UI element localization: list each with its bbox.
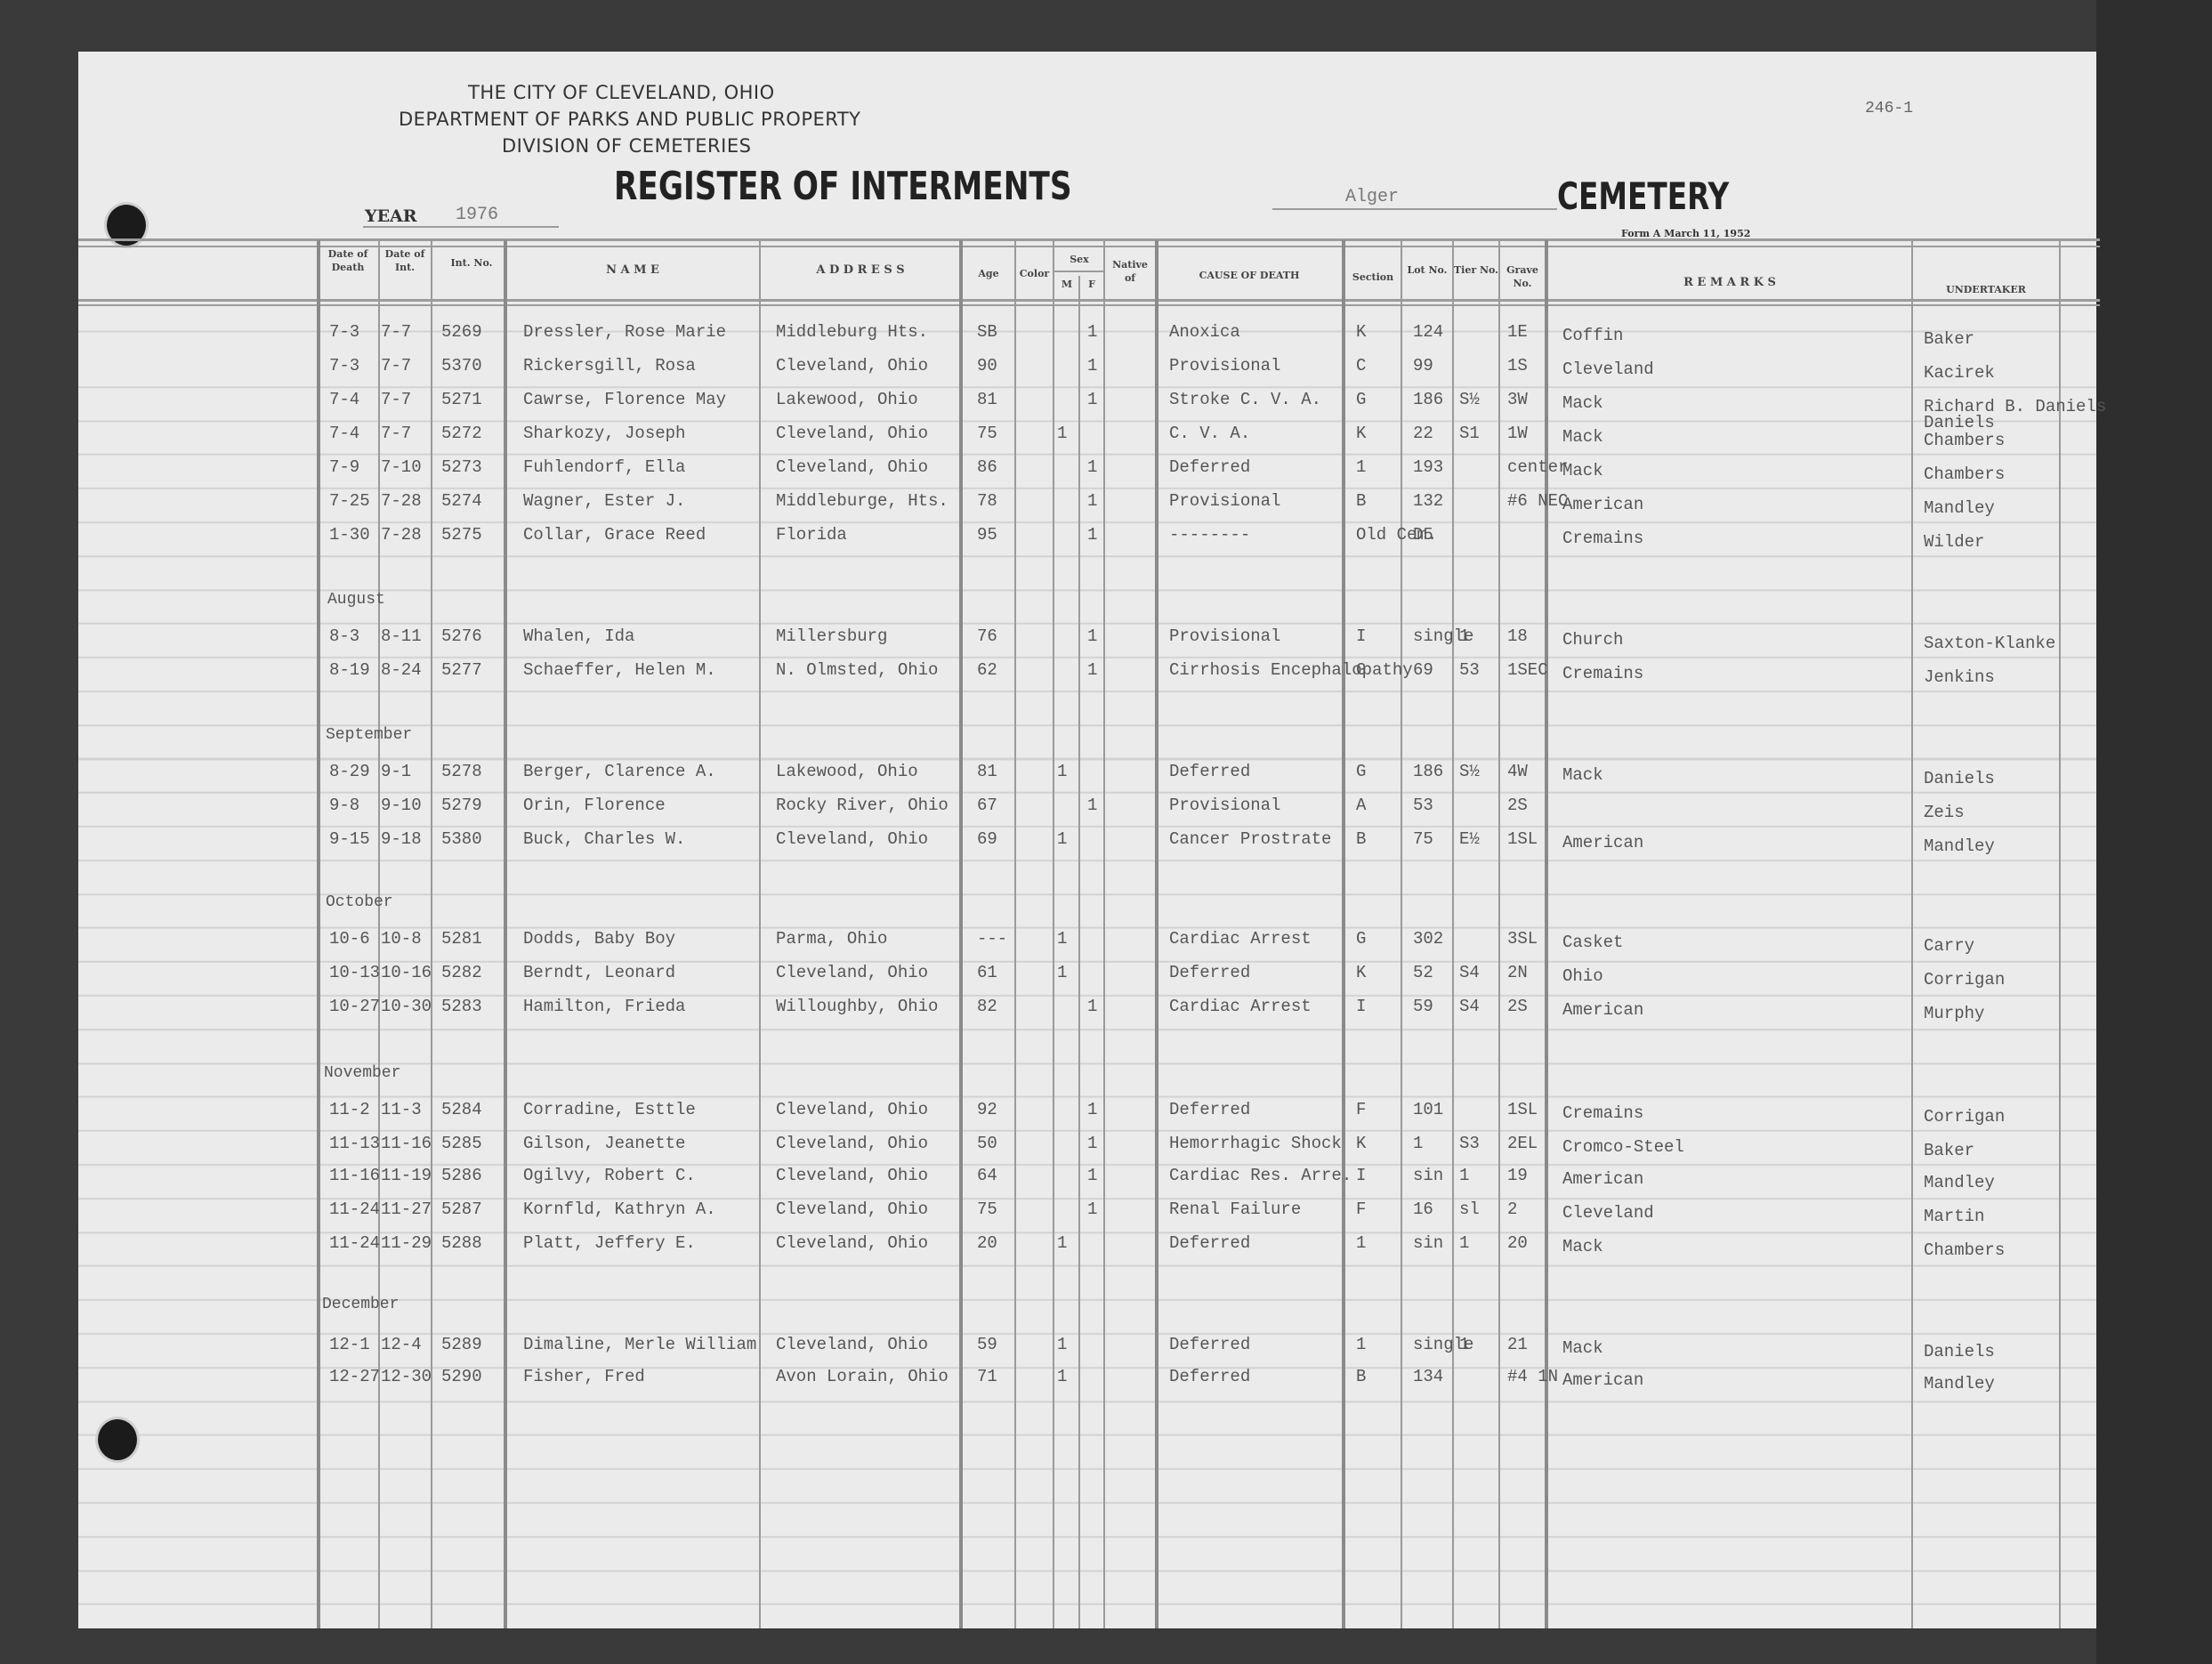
tier-number: 1 bbox=[1459, 626, 1469, 646]
date-of-interment: 11-3 bbox=[381, 1100, 422, 1119]
section: F bbox=[1356, 1100, 1366, 1119]
remarks: Mack bbox=[1562, 1338, 1603, 1358]
grave-number: 18 bbox=[1507, 626, 1528, 646]
decedent-name: Collar, Grace Reed bbox=[523, 525, 706, 545]
section: B bbox=[1356, 1367, 1366, 1386]
sex-male: 1 bbox=[1057, 829, 1067, 849]
interment-number: 5289 bbox=[441, 1335, 482, 1354]
date-of-death: 11-24 bbox=[329, 1200, 380, 1219]
address: Cleveland, Ohio bbox=[776, 356, 928, 376]
remarks: Cromco-Steel bbox=[1562, 1137, 1684, 1157]
section: K bbox=[1356, 322, 1366, 342]
interment-number: 5273 bbox=[441, 457, 482, 477]
tier-number: 53 bbox=[1459, 660, 1480, 680]
lot-number: 69 bbox=[1413, 660, 1433, 680]
grave-number: 2S bbox=[1507, 796, 1528, 815]
column-divider bbox=[759, 240, 761, 1628]
grave-number: #4 1N bbox=[1507, 1367, 1558, 1386]
age: 69 bbox=[977, 829, 997, 849]
tier-number: sl bbox=[1459, 1200, 1480, 1219]
cemetery-label: CEMETERY bbox=[1557, 174, 1729, 218]
decedent-name: Gilson, Jeanette bbox=[523, 1134, 685, 1153]
address: Cleveland, Ohio bbox=[776, 457, 928, 477]
lot-number: 99 bbox=[1413, 356, 1433, 376]
grave-number: 2N bbox=[1507, 963, 1528, 982]
address: Cleveland, Ohio bbox=[776, 1100, 928, 1119]
undertaker: Murphy bbox=[1924, 1004, 1984, 1023]
grave-number: 1SL bbox=[1507, 829, 1538, 849]
age: 78 bbox=[977, 491, 997, 511]
tier-number: S½ bbox=[1459, 762, 1480, 781]
section: I bbox=[1356, 1166, 1366, 1185]
col-name: N A M E bbox=[507, 263, 758, 277]
remarks: Mack bbox=[1562, 1237, 1603, 1256]
remarks: American bbox=[1562, 495, 1643, 514]
date-of-interment: 12-4 bbox=[381, 1335, 422, 1354]
interment-number: 5272 bbox=[441, 424, 482, 443]
undertaker: Wilder bbox=[1924, 532, 1984, 552]
sex-female: 1 bbox=[1087, 390, 1097, 409]
grave-number: 1SL bbox=[1507, 1100, 1538, 1119]
sex-female: 1 bbox=[1087, 1134, 1097, 1153]
section: G bbox=[1356, 660, 1366, 680]
age: 62 bbox=[977, 660, 997, 680]
cause-of-death: Deferred bbox=[1169, 1335, 1250, 1354]
col-date-of-int: Date of Int. bbox=[380, 247, 430, 274]
tier-number: S4 bbox=[1459, 997, 1480, 1016]
date-of-interment: 7-7 bbox=[381, 390, 411, 409]
age: 61 bbox=[977, 963, 997, 982]
cause-of-death: Cancer Prostrate bbox=[1169, 829, 1331, 849]
sex-female: 1 bbox=[1087, 525, 1097, 545]
undertaker: Saxton-Klanke bbox=[1924, 634, 2055, 653]
sex-female: 1 bbox=[1087, 796, 1097, 815]
address: Avon Lorain, Ohio bbox=[776, 1367, 949, 1386]
remarks: Cremains bbox=[1562, 664, 1643, 683]
remarks: Cremains bbox=[1562, 1103, 1643, 1123]
remarks: Church bbox=[1562, 630, 1623, 650]
interment-number: 5271 bbox=[441, 390, 482, 409]
col-undertaker: UNDERTAKER bbox=[1913, 283, 2059, 296]
decedent-name: Whalen, Ida bbox=[523, 626, 634, 646]
undertaker: Chambers bbox=[1924, 1240, 2005, 1260]
section: F bbox=[1356, 1200, 1366, 1219]
decedent-name: Hamilton, Frieda bbox=[523, 997, 685, 1016]
date-of-interment: 11-29 bbox=[381, 1233, 432, 1253]
date-of-death: 12-27 bbox=[329, 1367, 380, 1386]
interment-number: 5278 bbox=[441, 762, 482, 781]
decedent-name: Dressler, Rose Marie bbox=[523, 322, 726, 342]
address: Cleveland, Ohio bbox=[776, 1166, 928, 1185]
month-label-december: December bbox=[322, 1296, 399, 1313]
binder-hole-bottom-icon bbox=[98, 1419, 137, 1460]
date-of-death: 7-4 bbox=[329, 424, 359, 443]
cause-of-death: Cardiac Arrest bbox=[1169, 997, 1312, 1016]
address: Florida bbox=[776, 525, 847, 545]
cemetery-name-value: Alger bbox=[1345, 187, 1399, 207]
section: G bbox=[1356, 390, 1366, 409]
column-divider bbox=[317, 240, 320, 1628]
cause-of-death: Provisional bbox=[1169, 356, 1280, 376]
interment-number: 5274 bbox=[441, 491, 482, 511]
decedent-name: Fisher, Fred bbox=[523, 1367, 645, 1386]
remarks: American bbox=[1562, 1370, 1643, 1390]
undertaker: Chambers bbox=[1924, 464, 2005, 484]
age: 75 bbox=[977, 424, 997, 443]
age: --- bbox=[977, 929, 1007, 949]
cause-of-death: -------- bbox=[1169, 525, 1250, 545]
date-of-interment: 7-7 bbox=[381, 322, 411, 342]
col-cause-of-death: CAUSE OF DEATH bbox=[1158, 269, 1340, 282]
date-of-death: 7-3 bbox=[329, 356, 359, 376]
address: Middleburge, Hts. bbox=[776, 491, 949, 511]
date-of-death: 11-16 bbox=[329, 1166, 380, 1185]
interment-number: 5285 bbox=[441, 1134, 482, 1153]
date-of-interment: 7-10 bbox=[381, 457, 422, 477]
sex-subheader-rule bbox=[1054, 271, 1104, 272]
undertaker: Chambers bbox=[1924, 431, 2005, 450]
remarks: Mack bbox=[1562, 393, 1603, 413]
cause-of-death: Deferred bbox=[1169, 1367, 1250, 1386]
section: G bbox=[1356, 762, 1366, 781]
col-lot-no: Lot No. bbox=[1402, 263, 1452, 277]
column-divider bbox=[1545, 240, 1548, 1628]
cause-of-death: C. V. A. bbox=[1169, 424, 1250, 443]
year-label: YEAR bbox=[365, 206, 417, 226]
decedent-name: Schaeffer, Helen M. bbox=[523, 660, 716, 680]
date-of-interment: 8-11 bbox=[381, 626, 422, 646]
remarks: Cremains bbox=[1562, 529, 1643, 548]
col-section: Section bbox=[1345, 271, 1401, 284]
age: 75 bbox=[977, 1200, 997, 1219]
section: 1 bbox=[1356, 1335, 1366, 1354]
header-bottom-rule-2 bbox=[78, 304, 2100, 306]
tier-number: S4 bbox=[1459, 963, 1480, 982]
cause-of-death: Provisional bbox=[1169, 491, 1280, 511]
undertaker: Baker bbox=[1924, 329, 1974, 349]
remarks: Cleveland bbox=[1562, 1203, 1654, 1223]
address: Rocky River, Ohio bbox=[776, 796, 949, 815]
decedent-name: Buck, Charles W. bbox=[523, 829, 685, 849]
interment-number: 5276 bbox=[441, 626, 482, 646]
grave-number: 2EL bbox=[1507, 1134, 1538, 1153]
date-of-death: 7-4 bbox=[329, 390, 359, 409]
lot-number: 101 bbox=[1413, 1100, 1443, 1119]
decedent-name: Rickersgill, Rosa bbox=[523, 356, 696, 376]
table-top-rule bbox=[78, 238, 2100, 241]
grave-number: 2 bbox=[1507, 1200, 1517, 1219]
date-of-death: 7-9 bbox=[329, 457, 359, 477]
interment-number: 5290 bbox=[441, 1367, 482, 1386]
col-remarks: R E M A R K S bbox=[1548, 276, 1911, 289]
tier-number: S1 bbox=[1459, 424, 1480, 443]
address: Cleveland, Ohio bbox=[776, 1335, 928, 1354]
column-divider bbox=[1155, 240, 1158, 1628]
remarks: Mack bbox=[1562, 461, 1603, 481]
sex-male: 1 bbox=[1057, 929, 1067, 949]
cause-of-death: Deferred bbox=[1169, 1233, 1250, 1253]
sex-female: 1 bbox=[1087, 997, 1097, 1016]
year-underline bbox=[363, 226, 559, 228]
grave-number: 20 bbox=[1507, 1233, 1528, 1253]
undertaker: Mandley bbox=[1924, 1173, 1995, 1192]
col-address: A D D R E S S bbox=[762, 263, 959, 277]
sex-male: 1 bbox=[1057, 963, 1067, 982]
date-of-death: 11-2 bbox=[329, 1100, 370, 1119]
year-value: 1976 bbox=[456, 205, 498, 225]
cause-of-death: Deferred bbox=[1169, 1100, 1250, 1119]
decedent-name: Dimaline, Merle William bbox=[523, 1335, 756, 1354]
address: Parma, Ohio bbox=[776, 929, 887, 949]
age: 67 bbox=[977, 796, 997, 815]
date-of-death: 10-6 bbox=[329, 929, 370, 949]
lot-number: 302 bbox=[1413, 929, 1443, 949]
age: 92 bbox=[977, 1100, 997, 1119]
column-divider bbox=[431, 240, 432, 1628]
grave-number: 2S bbox=[1507, 997, 1528, 1016]
column-divider bbox=[504, 240, 507, 1628]
interment-number: 5370 bbox=[441, 356, 482, 376]
col-grave-no: Grave No. bbox=[1500, 263, 1545, 290]
lot-number: D5 bbox=[1413, 525, 1433, 545]
section: 1 bbox=[1356, 1233, 1366, 1253]
undertaker: Mandley bbox=[1924, 498, 1995, 518]
division-heading: DIVISION OF CEMETERIES bbox=[502, 135, 751, 157]
column-divider bbox=[1452, 240, 1454, 1628]
age: 59 bbox=[977, 1335, 997, 1354]
column-divider bbox=[1078, 276, 1080, 1628]
date-of-death: 1-30 bbox=[329, 525, 370, 545]
sex-female: 1 bbox=[1087, 356, 1097, 376]
lot-number: 132 bbox=[1413, 491, 1443, 511]
sex-male: 1 bbox=[1057, 1233, 1067, 1253]
sex-female: 1 bbox=[1087, 491, 1097, 511]
month-label-october: October bbox=[326, 893, 393, 911]
address: Middleburg Hts. bbox=[776, 322, 928, 342]
section: B bbox=[1356, 491, 1366, 511]
cause-of-death: Deferred bbox=[1169, 457, 1250, 477]
grave-number: 1W bbox=[1507, 424, 1528, 443]
grave-number: center bbox=[1507, 457, 1568, 477]
decedent-name: Kornfld, Kathryn A. bbox=[523, 1200, 716, 1219]
section: C bbox=[1356, 356, 1366, 376]
remarks: American bbox=[1562, 1169, 1643, 1189]
date-of-death: 7-3 bbox=[329, 322, 359, 342]
col-tier-no: Tier No. bbox=[1454, 263, 1498, 277]
address: Cleveland, Ohio bbox=[776, 1134, 928, 1153]
lot-number: 59 bbox=[1413, 997, 1433, 1016]
decedent-name: Cawrse, Florence May bbox=[523, 390, 726, 409]
sex-female: 1 bbox=[1087, 1166, 1097, 1185]
decedent-name: Wagner, Ester J. bbox=[523, 491, 685, 511]
register-title: REGISTER OF INTERMENTS bbox=[614, 164, 1072, 209]
address: Cleveland, Ohio bbox=[776, 1200, 928, 1219]
interment-number: 5288 bbox=[441, 1233, 482, 1253]
section: I bbox=[1356, 626, 1366, 646]
col-date-of-death: Date of Death bbox=[319, 247, 377, 274]
cause-of-death: Stroke C. V. A. bbox=[1169, 390, 1321, 409]
section: K bbox=[1356, 963, 1366, 982]
scan-edge bbox=[2096, 0, 2212, 1664]
date-of-death: 8-29 bbox=[329, 762, 370, 781]
grave-number: 1S bbox=[1507, 356, 1528, 376]
interment-number: 5286 bbox=[441, 1166, 482, 1185]
date-of-death: 9-8 bbox=[329, 796, 359, 815]
cause-of-death: Hemorrhagic Shock bbox=[1169, 1134, 1342, 1153]
interment-number: 5283 bbox=[441, 997, 482, 1016]
section: I bbox=[1356, 997, 1366, 1016]
col-sex: Sex bbox=[1055, 253, 1103, 266]
interment-number: 5281 bbox=[441, 929, 482, 949]
date-of-death: 10-27 bbox=[329, 997, 380, 1016]
col-color: Color bbox=[1016, 267, 1053, 280]
date-of-interment: 10-16 bbox=[381, 963, 432, 982]
sex-female: 1 bbox=[1087, 1200, 1097, 1219]
page-number: 246-1 bbox=[1865, 100, 1913, 117]
lot-number: 124 bbox=[1413, 322, 1443, 342]
section: G bbox=[1356, 929, 1366, 949]
grave-number: 4W bbox=[1507, 762, 1528, 781]
sex-female: 1 bbox=[1087, 457, 1097, 477]
section: A bbox=[1356, 796, 1366, 815]
date-of-death: 9-15 bbox=[329, 829, 370, 849]
address: Cleveland, Ohio bbox=[776, 424, 928, 443]
undertaker: Daniels bbox=[1924, 1342, 1995, 1361]
remarks: American bbox=[1562, 1000, 1643, 1020]
date-of-interment: 12-30 bbox=[381, 1367, 432, 1386]
cause-of-death: Deferred bbox=[1169, 762, 1250, 781]
age: 64 bbox=[977, 1166, 997, 1185]
interment-number: 5380 bbox=[441, 829, 482, 849]
col-int-no: Int. No. bbox=[445, 256, 498, 270]
address: Willoughby, Ohio bbox=[776, 997, 938, 1016]
interment-number: 5282 bbox=[441, 963, 482, 982]
city-heading: THE CITY OF CLEVELAND, OHIO bbox=[468, 82, 775, 103]
age: 50 bbox=[977, 1134, 997, 1153]
undertaker: Daniels bbox=[1924, 769, 1995, 788]
sex-female: 1 bbox=[1087, 1100, 1097, 1119]
lot-number: 186 bbox=[1413, 390, 1443, 409]
age: 90 bbox=[977, 356, 997, 376]
section: K bbox=[1356, 1134, 1366, 1153]
grave-number: 3SL bbox=[1507, 929, 1538, 949]
grave-number: 1E bbox=[1507, 322, 1528, 342]
date-of-death: 11-24 bbox=[329, 1233, 380, 1253]
undertaker: Mandley bbox=[1924, 1374, 1995, 1393]
col-age: Age bbox=[963, 267, 1014, 280]
lot-number: 22 bbox=[1413, 424, 1433, 443]
grave-number: #6 NEC bbox=[1507, 491, 1568, 511]
date-of-interment: 10-30 bbox=[381, 997, 432, 1016]
address: Cleveland, Ohio bbox=[776, 963, 928, 982]
column-divider bbox=[1014, 240, 1016, 1628]
tier-number: 1 bbox=[1459, 1166, 1469, 1185]
decedent-name: Berger, Clarence A. bbox=[523, 762, 716, 781]
address: Lakewood, Ohio bbox=[776, 762, 918, 781]
address: Cleveland, Ohio bbox=[776, 829, 928, 849]
date-of-interment: 9-18 bbox=[381, 829, 422, 849]
interment-number: 5279 bbox=[441, 796, 482, 815]
col-native-of: Native of bbox=[1106, 258, 1154, 285]
column-divider bbox=[2059, 240, 2061, 1628]
undertaker: Carry bbox=[1924, 936, 1974, 956]
lot-number: 1 bbox=[1413, 1134, 1423, 1153]
month-label-august: August bbox=[327, 591, 385, 609]
decedent-name: Berndt, Leonard bbox=[523, 963, 675, 982]
section: B bbox=[1356, 829, 1366, 849]
cause-of-death: Provisional bbox=[1169, 796, 1280, 815]
sex-male: 1 bbox=[1057, 1335, 1067, 1354]
decedent-name: Corradine, Esttle bbox=[523, 1100, 696, 1119]
decedent-name: Dodds, Baby Boy bbox=[523, 929, 675, 949]
cause-of-death: Provisional bbox=[1169, 626, 1280, 646]
lot-number: 52 bbox=[1413, 963, 1433, 982]
age: 95 bbox=[977, 525, 997, 545]
age: 81 bbox=[977, 762, 997, 781]
cause-of-death: Deferred bbox=[1169, 963, 1250, 982]
address: N. Olmsted, Ohio bbox=[776, 660, 938, 680]
lot-number: 186 bbox=[1413, 762, 1443, 781]
age: 81 bbox=[977, 390, 997, 409]
decedent-name: Sharkozy, Joseph bbox=[523, 424, 685, 443]
interment-number: 5277 bbox=[441, 660, 482, 680]
column-divider bbox=[1103, 240, 1105, 1628]
cause-of-death: Cirrhosis Encephalopathy bbox=[1169, 660, 1413, 680]
remarks: Coffin bbox=[1562, 326, 1623, 345]
age: 71 bbox=[977, 1367, 997, 1386]
tier-number: S½ bbox=[1459, 390, 1480, 409]
section: 1 bbox=[1356, 457, 1366, 477]
undertaker: Zeis bbox=[1924, 803, 1965, 822]
sex-male: 1 bbox=[1057, 424, 1067, 443]
date-of-interment: 10-8 bbox=[381, 929, 422, 949]
column-divider bbox=[959, 240, 963, 1628]
address: Millersburg bbox=[776, 626, 887, 646]
column-divider bbox=[378, 240, 380, 1628]
remarks: Ohio bbox=[1562, 966, 1603, 986]
date-of-interment: 7-7 bbox=[381, 424, 411, 443]
column-divider bbox=[1342, 240, 1345, 1628]
decedent-name: Platt, Jeffery E. bbox=[523, 1233, 696, 1253]
interment-number: 5287 bbox=[441, 1200, 482, 1219]
lot-number: sin bbox=[1413, 1233, 1443, 1253]
tier-number: S3 bbox=[1459, 1134, 1480, 1153]
date-of-death: 12-1 bbox=[329, 1335, 370, 1354]
tier-number: 1 bbox=[1459, 1233, 1469, 1253]
month-label-november: November bbox=[324, 1064, 400, 1082]
age: SB bbox=[977, 322, 997, 342]
sex-female: 1 bbox=[1087, 322, 1097, 342]
undertaker: Corrigan bbox=[1924, 1107, 2005, 1127]
date-of-death: 11-13 bbox=[329, 1134, 380, 1153]
cause-of-death: Cardiac Arrest bbox=[1169, 929, 1312, 949]
decedent-name: Ogilvy, Robert C. bbox=[523, 1166, 696, 1185]
undertaker: Corrigan bbox=[1924, 970, 2005, 990]
remarks: Casket bbox=[1562, 933, 1623, 952]
date-of-death: 8-3 bbox=[329, 626, 359, 646]
sex-female: 1 bbox=[1087, 660, 1097, 680]
date-of-interment: 7-7 bbox=[381, 356, 411, 376]
undertaker: Baker bbox=[1924, 1141, 1974, 1160]
lot-number: 134 bbox=[1413, 1367, 1443, 1386]
undertaker: Jenkins bbox=[1924, 667, 1995, 687]
tier-number: E½ bbox=[1459, 829, 1480, 849]
date-of-interment: 11-16 bbox=[381, 1134, 432, 1153]
tier-number: 1 bbox=[1459, 1335, 1469, 1354]
address: Lakewood, Ohio bbox=[776, 390, 918, 409]
remarks: Mack bbox=[1562, 427, 1603, 447]
undertaker: Kacirek bbox=[1924, 363, 1995, 383]
